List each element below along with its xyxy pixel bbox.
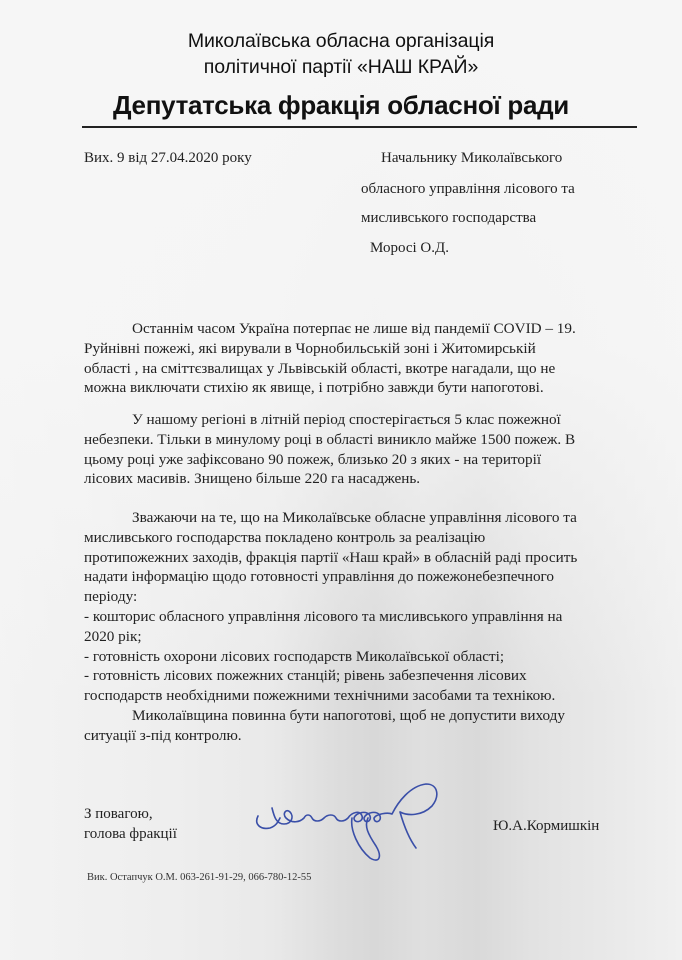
- closing-block: З повагою, голова фракції: [84, 804, 177, 844]
- body-paragraph-3: Зважаючи на те, що на Миколаївське облас…: [84, 508, 624, 746]
- closing-salutation: З повагою,: [84, 804, 177, 824]
- organization-name-line1: Миколаївська обласна організація: [0, 30, 682, 53]
- list-item: - готовність лісових пожежних станцій; р…: [84, 666, 624, 686]
- addressee-line: обласного управління лісового та: [361, 181, 575, 198]
- addressee-line: мисливського господарства: [361, 210, 536, 227]
- title-underline-divider: [82, 126, 637, 128]
- text-line: лісових масивів. Знищено більше 220 га н…: [84, 469, 624, 489]
- text-line: періоду:: [84, 587, 624, 607]
- text-line: надати інформацію щодо готовності управл…: [84, 567, 624, 587]
- faction-title: Депутатська фракція обласної ради: [0, 90, 682, 121]
- addressee-name: Моросі О.Д.: [370, 240, 449, 257]
- list-item: - кошторис обласного управління лісового…: [84, 607, 624, 627]
- text-line: господарств необхідними пожежними техніч…: [84, 686, 624, 706]
- text-line: У нашому регіоні в літній період спостер…: [84, 410, 624, 430]
- text-line: цьому році уже зафіксовано 90 пожеж, бли…: [84, 450, 624, 470]
- text-line: області , на сміттєзвалищах у Львівській…: [84, 359, 624, 379]
- signatory-name: Ю.А.Кормишкін: [493, 818, 599, 835]
- text-line: мисливського господарства покладено конт…: [84, 528, 624, 548]
- signature-icon: [250, 778, 460, 868]
- text-line: можна виключати стихію як явище, і потрі…: [84, 378, 624, 398]
- organization-name-line2: політичної партії «НАШ КРАЙ»: [0, 56, 682, 79]
- body-paragraph-1: Останнім часом Україна потерпає не лише …: [84, 319, 624, 398]
- text-line: 2020 рік;: [84, 627, 624, 647]
- executor-contact: Вик. Остапчук О.М. 063-261-91-29, 066-78…: [87, 872, 311, 883]
- list-item: - готовність охорони лісових господарств…: [84, 647, 624, 667]
- text-line: Миколаївщина повинна бути напоготові, що…: [84, 706, 624, 726]
- text-line: протипожежних заходів, фракція партії «Н…: [84, 548, 624, 568]
- signatory-title: голова фракції: [84, 824, 177, 844]
- addressee-line: Начальнику Миколаївського: [381, 150, 562, 167]
- text-line: ситуації з-під контролю.: [84, 726, 624, 746]
- text-line: Руйнівні пожежі, які вирували в Чорнобил…: [84, 339, 624, 359]
- outgoing-reference: Вих. 9 від 27.04.2020 року: [84, 150, 252, 167]
- text-line: небезпеки. Тільки в минулому році в обла…: [84, 430, 624, 450]
- text-line: Останнім часом Україна потерпає не лише …: [84, 319, 624, 339]
- text-line: Зважаючи на те, що на Миколаївське облас…: [84, 508, 624, 528]
- body-paragraph-2: У нашому регіоні в літній період спостер…: [84, 410, 624, 489]
